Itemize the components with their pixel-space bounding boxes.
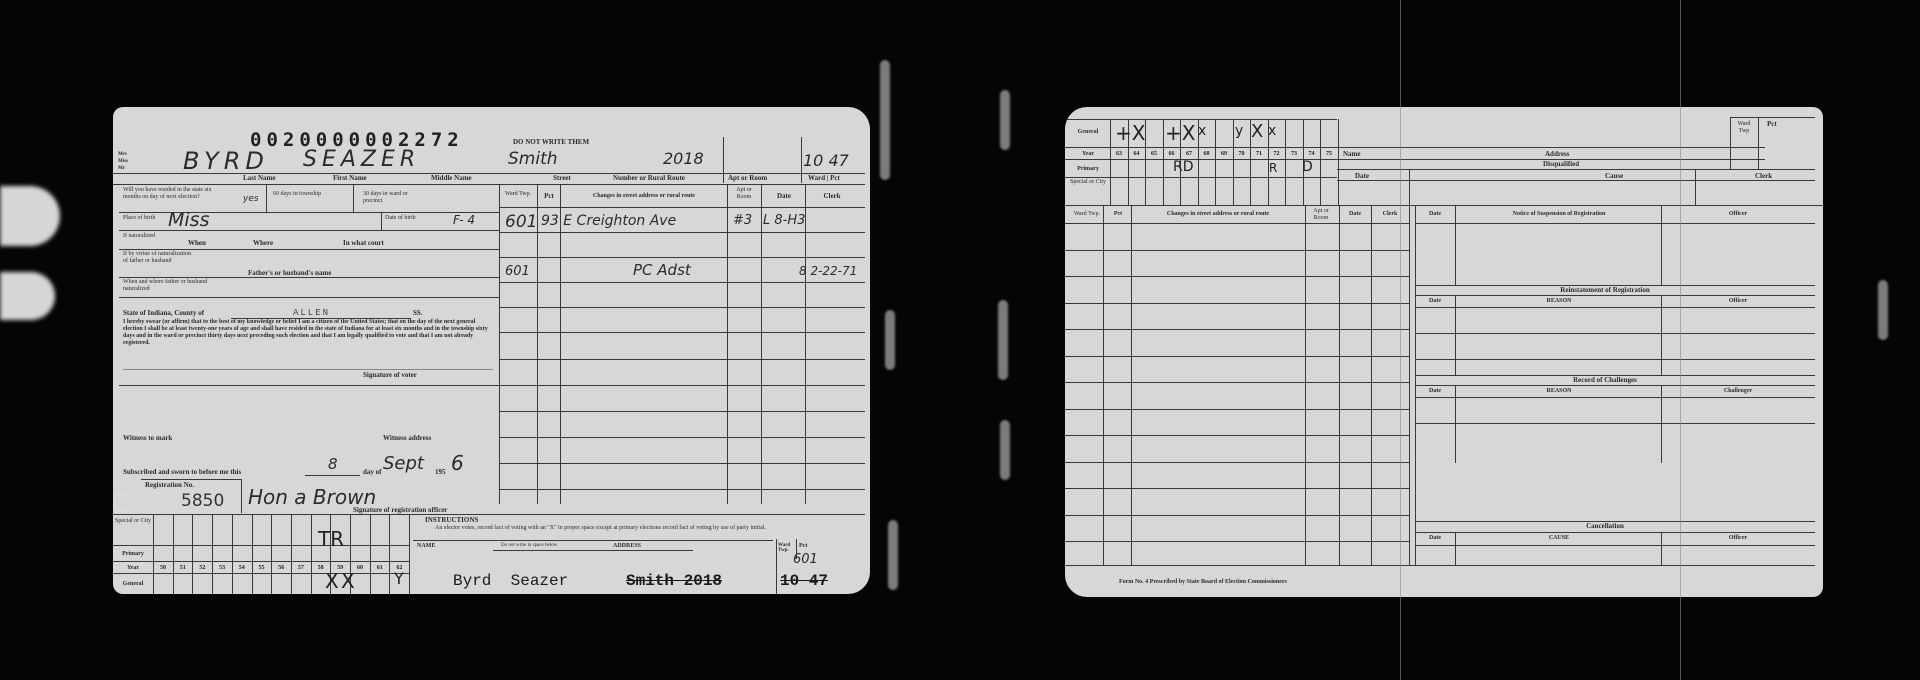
- instructions-address-label: ADDRESS: [613, 543, 641, 549]
- year-cell: 70: [1235, 151, 1249, 157]
- rgrid-label-general: General: [1067, 129, 1109, 135]
- challenges-header-date: Date: [1417, 388, 1453, 394]
- oath-year-value: 6: [451, 453, 464, 473]
- oath-day-value: 8: [328, 457, 338, 472]
- form-footer: Form No. 4 Prescribed by State Board of …: [1119, 579, 1287, 585]
- officer-signature: Hon a Brown: [248, 487, 376, 507]
- vote-mark-63: +X: [1115, 121, 1145, 145]
- film-sprocket: [1000, 420, 1010, 480]
- challenges-header-reason: REASON: [1457, 388, 1661, 394]
- rgrid-label-special: Special or City: [1067, 179, 1109, 186]
- film-sprocket: [880, 60, 890, 180]
- year-cell: 73: [1287, 151, 1301, 157]
- vote-mark-general-62: Y: [394, 569, 404, 588]
- year-cell: 63: [1112, 151, 1126, 157]
- year-cell: 65: [1147, 151, 1161, 157]
- vote-mark-general-58: X: [325, 569, 339, 593]
- street-value: Smith: [508, 151, 558, 168]
- changes-header-pct: Pct: [538, 193, 560, 200]
- cancellation-title: Cancellation: [1415, 523, 1795, 530]
- label-year-prefix: 195: [435, 469, 446, 476]
- rgrid-label-year: Year: [1067, 151, 1109, 157]
- honorific-miss: Miss: [118, 159, 128, 164]
- label-number-route: Number or Rural Route: [613, 175, 685, 182]
- label-witness-mark: Witness to mark: [123, 435, 172, 442]
- label-witness-address: Witness address: [383, 435, 431, 442]
- year-cell: 60: [353, 565, 367, 571]
- changes-header-apt: Apt or Room: [729, 187, 759, 201]
- year-cell: 64: [1130, 151, 1144, 157]
- year-cell: 66: [1165, 151, 1179, 157]
- label-place-of-birth: Place of birth: [123, 215, 163, 222]
- change-row-1-apt: #3: [733, 214, 752, 227]
- year-cell: 53: [215, 565, 229, 571]
- label-sixty-days: 60 days in township: [273, 191, 323, 198]
- cancellation-header-cause: CAUSE: [1457, 535, 1661, 541]
- label-what-court: In what court: [343, 240, 384, 247]
- primary-mark-72: R: [1269, 161, 1277, 175]
- film-sprocket: [885, 310, 895, 370]
- place-of-birth-value: Miss: [168, 211, 209, 230]
- cancellation-header-date: Date: [1417, 535, 1453, 541]
- instructions-text: An elector votes, record fact of voting …: [435, 525, 825, 532]
- reinstatement-header-officer: Officer: [1663, 298, 1813, 304]
- change-row-1-ward: 601: [505, 214, 537, 231]
- film-edge-artifact-bottom: [0, 272, 55, 320]
- year-cell: 72: [1270, 151, 1284, 157]
- label-clerk: Clerk: [1755, 173, 1772, 180]
- vote-mark-70: y: [1235, 123, 1243, 139]
- cancellation-header-officer: Officer: [1663, 535, 1813, 541]
- label-registration-no: Registration No.: [145, 482, 194, 489]
- rchanges-header-ward: Ward Twp.: [1073, 211, 1101, 218]
- vote-mark-71: X: [1251, 121, 1263, 142]
- label-street: Street: [553, 175, 571, 182]
- label-father-name: Father's or husband's name: [248, 270, 331, 277]
- label-signature-voter: Signature of voter: [363, 372, 417, 379]
- vote-mark-primary: TR: [318, 527, 344, 551]
- changes-header-date: Date: [763, 193, 805, 200]
- instructions-name-label: NAME: [417, 543, 435, 549]
- vote-mark-general-59: X: [341, 569, 355, 593]
- year-cell: 61: [373, 565, 387, 571]
- label-signature-officer: Signature of registration officer: [353, 507, 447, 514]
- vote-mark-68: x: [1198, 123, 1206, 139]
- label-where: Where: [253, 240, 273, 247]
- rchanges-header-apt: Apt or Room: [1307, 208, 1335, 222]
- oath-ss: SS.: [413, 310, 423, 317]
- header-note: DO NOT WRITE THEM: [513, 139, 589, 146]
- year-cell: 51: [176, 565, 190, 571]
- label-last-name: Last Name: [243, 175, 275, 182]
- year-cell: 67: [1182, 151, 1196, 157]
- honorific-mrs: Mrs: [118, 152, 127, 157]
- label-ward-pct: Ward | Pct: [808, 175, 840, 182]
- year-cell: 55: [255, 565, 269, 571]
- registration-card-front: 0020000002272 DO NOT WRITE THEM Mrs Miss…: [113, 107, 870, 594]
- oath-month-value: Sept: [383, 455, 424, 473]
- year-cell: 57: [294, 565, 308, 571]
- reinstatement-title: Reinstatement of Registration: [1415, 287, 1795, 294]
- change-row-3-date: 8 2-22-71: [799, 265, 857, 277]
- vote-mark-72: x: [1268, 123, 1276, 139]
- ward-pct-value: 10 47: [803, 153, 849, 169]
- label-name: Name: [1343, 151, 1361, 158]
- year-cell: 69: [1217, 151, 1231, 157]
- grid-label-primary: Primary: [115, 551, 151, 557]
- film-sprocket: [1000, 90, 1010, 150]
- year-cell: 68: [1200, 151, 1214, 157]
- typed-voter-name: Byrd Seazer: [453, 572, 568, 590]
- typed-ward-pct: 10 47: [780, 572, 828, 590]
- label-six-months: Will you have resided in the state six m…: [123, 187, 223, 201]
- typed-voter-address: Smith 2018: [626, 572, 722, 590]
- vote-mark-66: +X: [1165, 121, 1195, 145]
- oath-county: ALLEN: [293, 308, 330, 318]
- year-cell: 75: [1322, 151, 1336, 157]
- year-cell: 50: [156, 565, 170, 571]
- label-first-name: First Name: [333, 175, 367, 182]
- challenges-header-challenger: Challenger: [1663, 388, 1813, 394]
- rchanges-header-date: Date: [1340, 211, 1370, 217]
- oath-text: I hereby swear (or affirm) that to the b…: [123, 319, 493, 347]
- suspension-header-notice: Notice of Suspension of Registration: [1457, 211, 1661, 217]
- label-when: When: [188, 240, 206, 247]
- label-thirty-days: 30 days in ward or precinct: [363, 191, 423, 205]
- reinstatement-header-reason: REASON: [1457, 298, 1661, 304]
- change-row-1-address: 93 E Creighton Ave: [541, 214, 676, 228]
- reinstatement-header-date: Date: [1417, 298, 1453, 304]
- label-date-of-birth: Date of birth: [385, 215, 421, 222]
- label-cause: Cause: [1605, 173, 1623, 180]
- rchanges-header-pct: Pct: [1107, 211, 1129, 217]
- label-apt-room: Apt or Room: [728, 175, 767, 182]
- grid-label-general: General: [115, 581, 151, 587]
- changes-header-ward: Ward Twp.: [501, 191, 535, 198]
- year-cell: 71: [1252, 151, 1266, 157]
- label-when-where-father: When and where father or husband natural…: [123, 279, 213, 293]
- film-sprocket: [998, 300, 1008, 380]
- grid-label-special: Special or City: [115, 518, 151, 525]
- date-of-birth-value: F- 4: [453, 214, 475, 226]
- year-cell: 56: [274, 565, 288, 571]
- rgrid-label-primary: Primary: [1067, 166, 1109, 172]
- change-row-1-date: L 8-H3: [763, 214, 805, 227]
- registration-card-back: General Year Primary Special or City 636…: [1065, 107, 1823, 597]
- street-number-value: 2018: [663, 151, 704, 167]
- grid-label-year: Year: [115, 565, 151, 571]
- instructions-title: INSTRUCTIONS: [425, 517, 478, 524]
- label-ward-twp: Ward Twp: [1732, 121, 1756, 135]
- first-name-value: SEAZER: [303, 149, 420, 171]
- year-cell: 74: [1305, 151, 1319, 157]
- label-subscribed: Subscribed and sworn to before me this: [123, 469, 241, 476]
- label-day-of: day of: [363, 469, 381, 476]
- film-edge-artifact-top: [0, 186, 60, 246]
- oath-state-line: State of Indiana, County of: [123, 310, 204, 317]
- label-virtue: If by virtue of naturalization of father…: [123, 251, 193, 265]
- change-row-3-address: PC Adst: [633, 263, 691, 278]
- year-cell: 54: [235, 565, 249, 571]
- changes-header-clerk: Clerk: [807, 193, 857, 200]
- label-middle-name: Middle Name: [431, 175, 472, 182]
- instructions-ward-value: 601: [793, 553, 818, 566]
- challenges-title: Record of Challenges: [1415, 377, 1795, 384]
- changes-header-address: Changes in street address or rural route: [561, 193, 727, 199]
- label-address: Address: [1545, 151, 1569, 158]
- year-cell: 52: [195, 565, 209, 571]
- label-disq-date: Date: [1355, 173, 1369, 180]
- label-pct: Pct: [1767, 121, 1777, 128]
- film-sprocket: [888, 520, 898, 590]
- primary-mark-67: RD: [1173, 159, 1194, 175]
- instructions-pct-label: Pct: [799, 543, 807, 549]
- rchanges-header-address: Changes in street address or rural route: [1133, 211, 1303, 217]
- suspension-header-date: Date: [1417, 211, 1453, 217]
- change-row-3-ward: 601: [505, 265, 530, 278]
- last-name-value: BYRD: [183, 149, 269, 173]
- suspension-header-officer: Officer: [1663, 211, 1813, 217]
- label-naturalized: If naturalized: [123, 233, 168, 240]
- film-sprocket: [1878, 280, 1888, 340]
- instructions-do-not-write: Do not write in space below: [501, 543, 557, 548]
- honorific-mr: Mr: [118, 166, 125, 171]
- registration-number: 5850: [181, 491, 224, 511]
- six-months-value: yes: [243, 195, 259, 204]
- label-disqualified: Disqualified: [1543, 161, 1579, 168]
- primary-mark-74: D: [1302, 159, 1313, 175]
